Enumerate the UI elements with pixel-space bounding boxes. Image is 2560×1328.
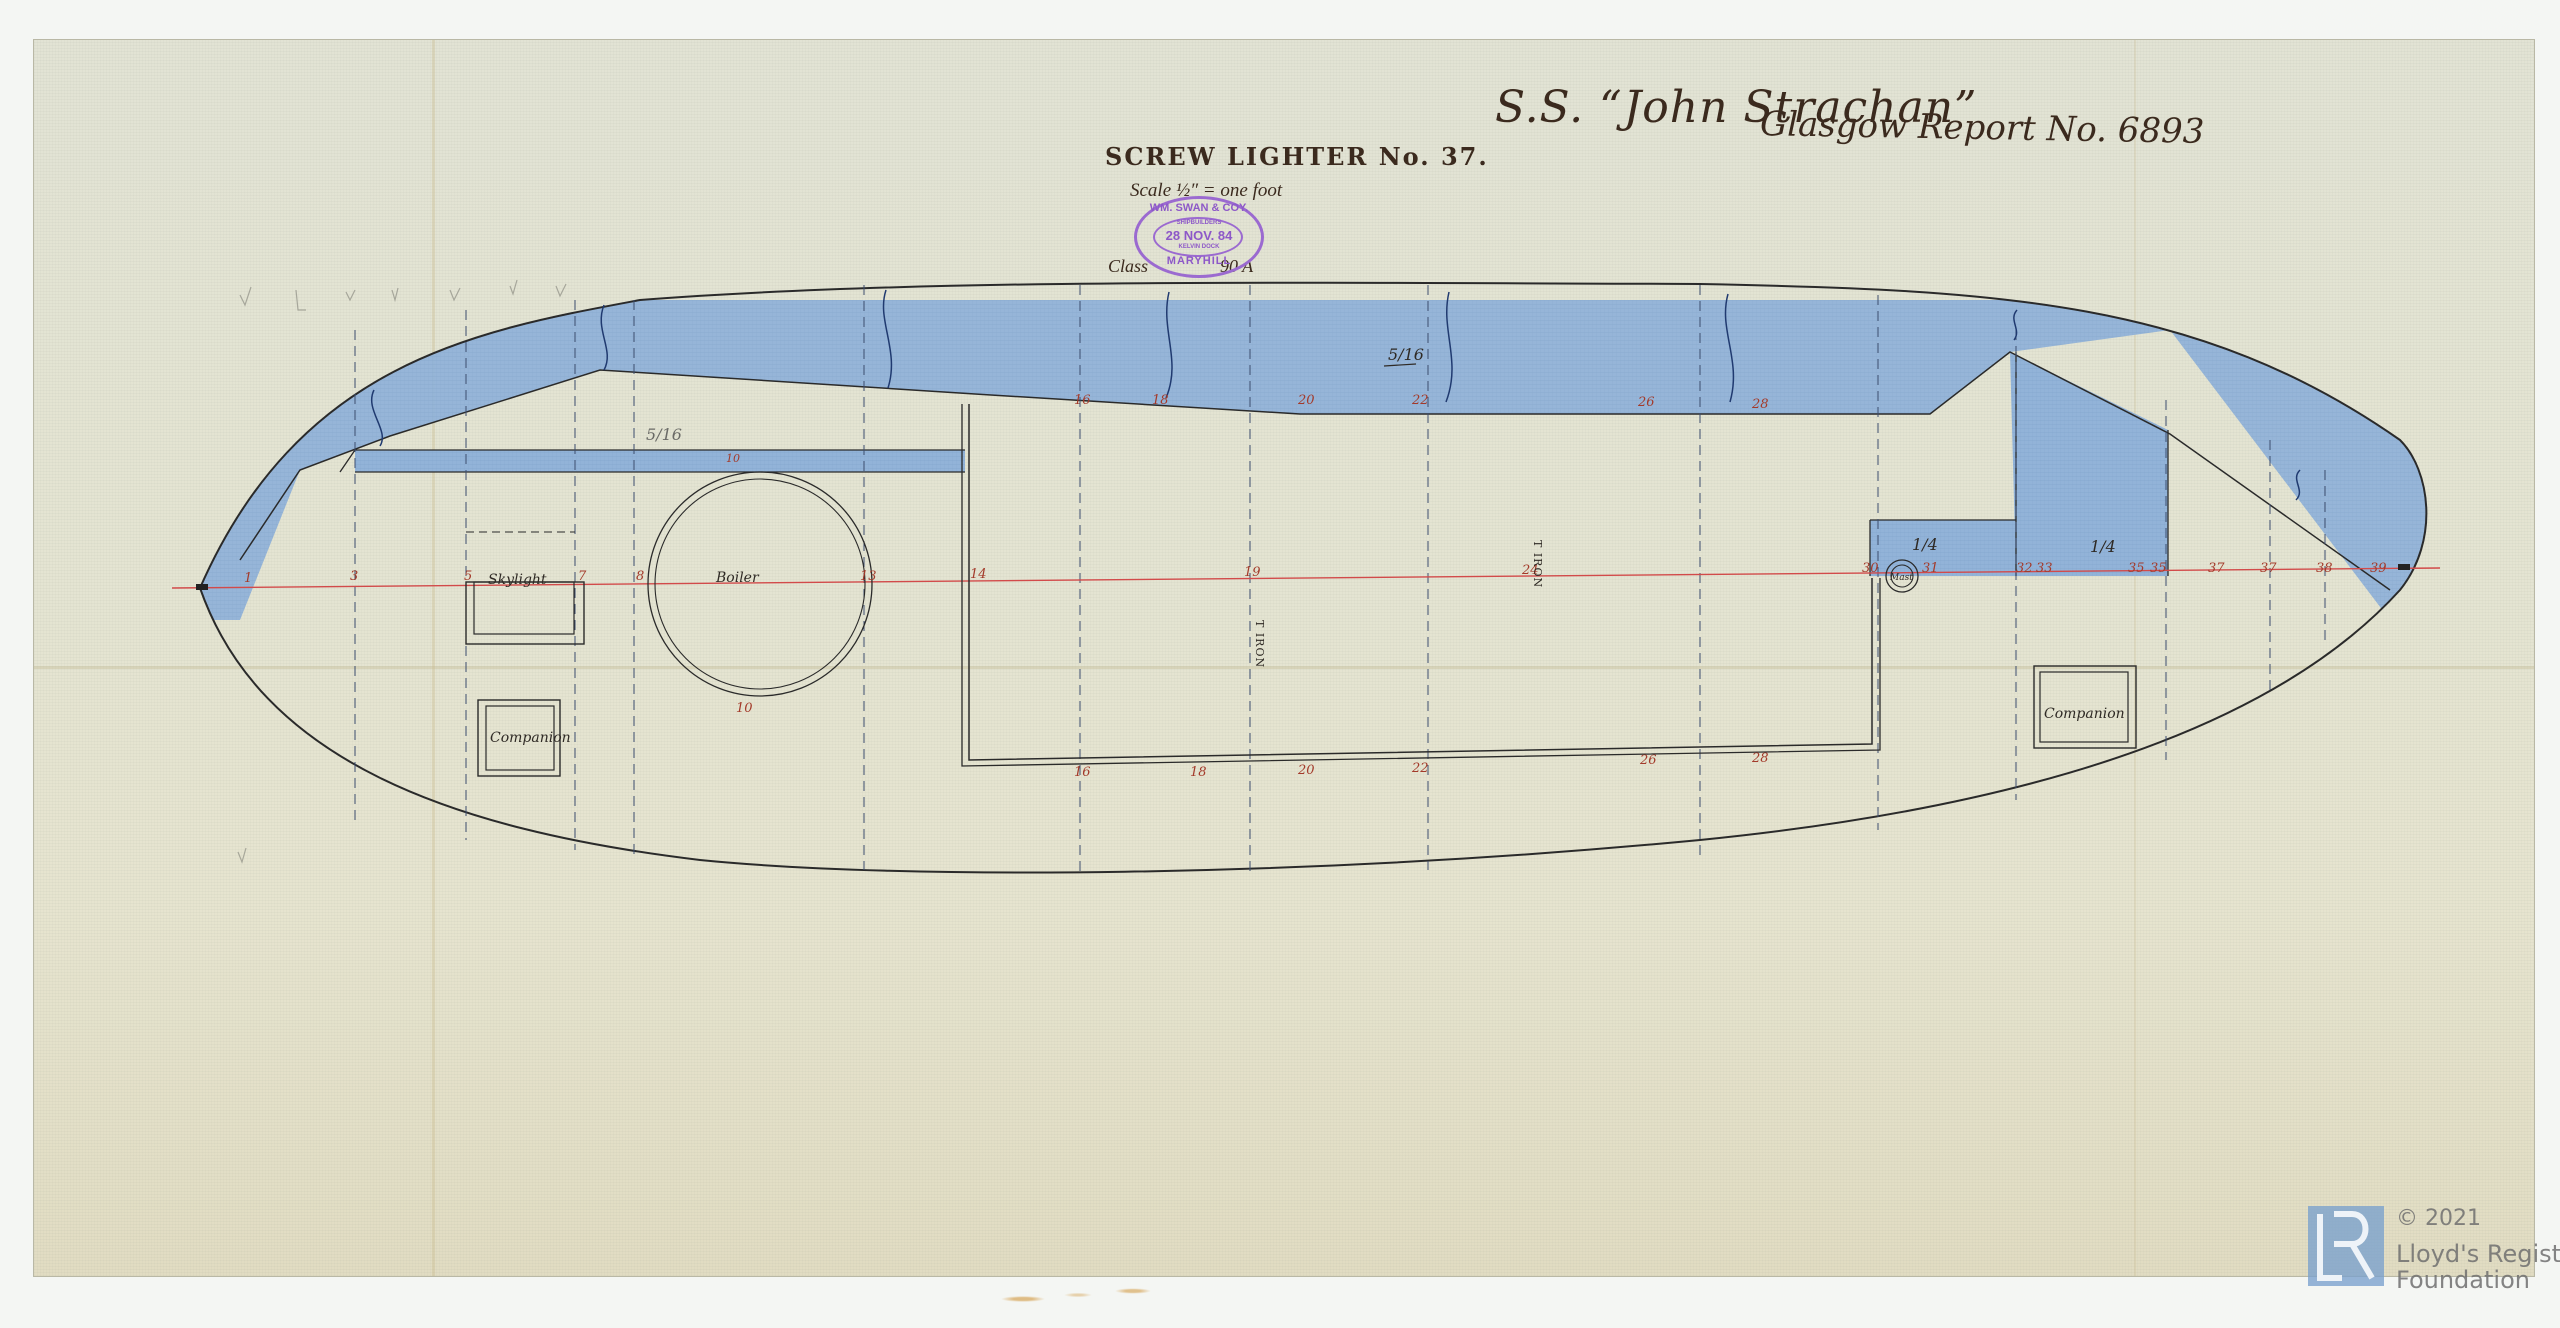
svg-text:30: 30 (1862, 561, 1879, 576)
svg-text:5/16: 5/16 (646, 425, 682, 444)
lloyds-register-watermark: © 2021 Lloyd's Register Foundation (2308, 1206, 2556, 1302)
svg-text:18: 18 (1152, 393, 1169, 408)
svg-text:16: 16 (1074, 765, 1091, 780)
svg-text:Skylight: Skylight (488, 572, 547, 588)
svg-text:5/16: 5/16 (1388, 345, 1424, 364)
svg-text:39: 39 (2370, 561, 2387, 576)
stamp-company: WM. SWAN & COY. (1137, 202, 1261, 214)
svg-text:37: 37 (2260, 561, 2277, 576)
stamp-subtitle: SHIPBUILDERS (1137, 220, 1261, 226)
svg-text:28: 28 (1751, 751, 1769, 766)
svg-text:Companion: Companion (490, 730, 571, 746)
stamp-location: MARYHILL (1137, 255, 1261, 267)
svg-text:16: 16 (1074, 393, 1091, 408)
svg-text:19: 19 (1244, 565, 1261, 580)
svg-text:37: 37 (2208, 561, 2225, 576)
svg-text:3: 3 (350, 569, 358, 584)
skylight (466, 532, 584, 644)
lr-logo-icon (2308, 1206, 2384, 1286)
shipbuilder-stamp: WM. SWAN & COY. SHIPBUILDERS 28 NOV. 84 … (1134, 196, 1264, 278)
stamp-date: 28 NOV. 84 (1137, 228, 1261, 243)
svg-text:20: 20 (1297, 393, 1315, 408)
svg-text:10: 10 (726, 452, 740, 465)
svg-text:1: 1 (244, 571, 252, 586)
svg-text:13: 13 (860, 569, 877, 584)
svg-text:7: 7 (578, 569, 587, 584)
watermark-copyright: © 2021 (2396, 1206, 2481, 1231)
lower-frame-numbers: 16 18 20 22 26 28 10 10 (726, 452, 1769, 780)
svg-text:T IRON: T IRON (1253, 620, 1266, 668)
svg-text:38: 38 (2316, 561, 2333, 576)
svg-text:1/4: 1/4 (2090, 537, 2116, 556)
svg-text:14: 14 (970, 567, 987, 582)
svg-text:35: 35 (2150, 561, 2167, 576)
stamp-dock: KELVIN DOCK (1137, 244, 1261, 250)
svg-text:20: 20 (1297, 763, 1315, 778)
svg-text:8: 8 (636, 569, 644, 584)
svg-text:28: 28 (1751, 397, 1769, 412)
svg-text:Companion: Companion (2044, 706, 2125, 722)
svg-text:T IRON: T IRON (1531, 540, 1544, 588)
drawing-title: SCREW LIGHTER No. 37. (1105, 142, 1489, 171)
svg-text:35: 35 (2128, 561, 2145, 576)
report-number: Glasgow Report No. 6893 (1760, 104, 2205, 152)
svg-text:26: 26 (1639, 753, 1657, 768)
svg-text:33: 33 (2036, 561, 2053, 576)
svg-text:32: 32 (2016, 561, 2033, 576)
svg-text:Mast: Mast (1889, 573, 1913, 583)
svg-text:5: 5 (464, 569, 472, 584)
svg-text:18: 18 (1190, 765, 1207, 780)
svg-text:10: 10 (736, 701, 753, 716)
svg-text:22: 22 (1411, 393, 1429, 408)
svg-text:1/4: 1/4 (1912, 535, 1938, 554)
svg-text:Boiler: Boiler (715, 570, 760, 586)
watermark-name-line1: Lloyd's Register (2396, 1240, 2560, 1268)
cargo-hold (962, 404, 1880, 766)
watermark-name-line2: Foundation (2396, 1266, 2530, 1294)
svg-text:26: 26 (1637, 395, 1655, 410)
svg-text:22: 22 (1411, 761, 1429, 776)
svg-text:31: 31 (1922, 561, 1939, 576)
